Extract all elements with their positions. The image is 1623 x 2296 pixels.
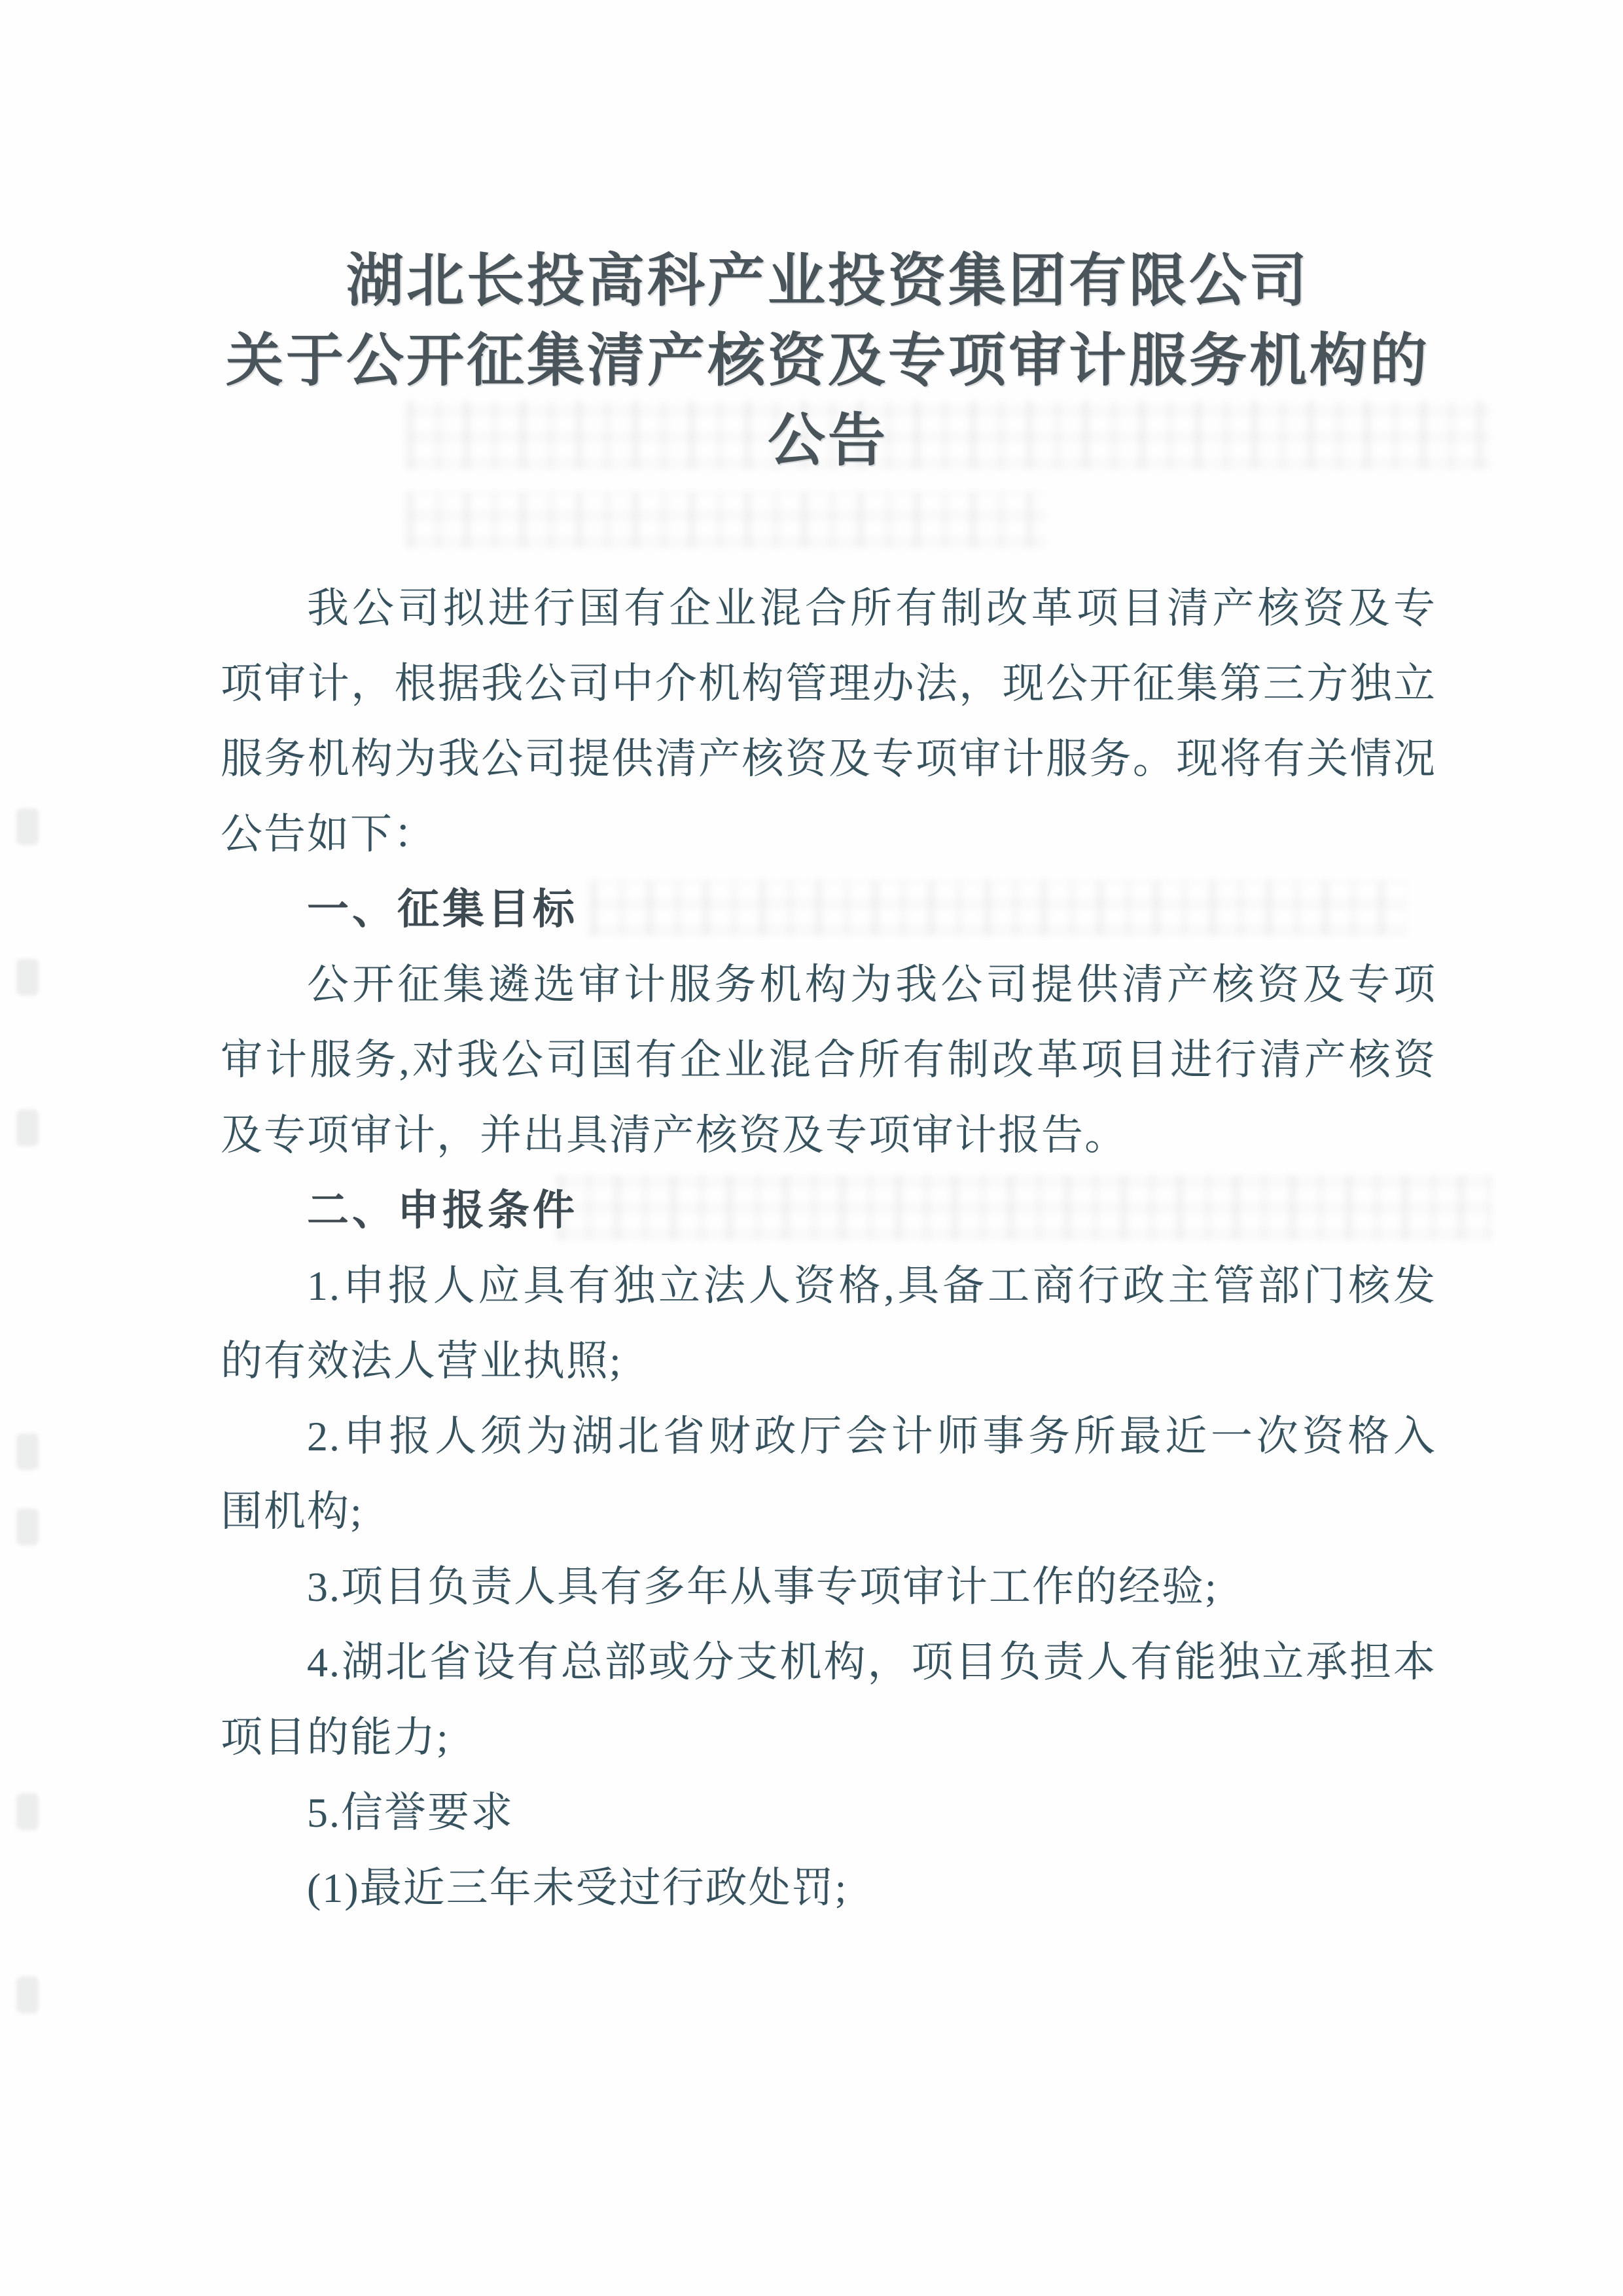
scan-edge-mark: [16, 1793, 39, 1830]
body-line: 项目的能力;: [221, 1700, 1436, 1775]
body-line-item-3: 3.项目负责人具有多年从事专项审计工作的经验;: [221, 1549, 1436, 1624]
body-line-item-1: 1.申报人应具有独立法人资格,具备工商行政主管部门核发: [221, 1248, 1436, 1323]
scanned-document-page: 湖北长投高科产业投资集团有限公司 关于公开征集清产核资及专项审计服务机构的 公告…: [0, 0, 1623, 2296]
scan-edge-mark: [16, 959, 39, 996]
title-line-2: 关于公开征集清产核资及专项审计服务机构的: [219, 321, 1436, 401]
scan-edge-mark: [16, 808, 39, 845]
body-line: 服务机构为我公司提供清产核资及专项审计服务。现将有关情况: [221, 721, 1436, 797]
body-line: 公告如下：: [221, 797, 1436, 872]
body-line: 的有效法人营业执照;: [221, 1323, 1436, 1399]
title-line-3: 公告: [219, 401, 1436, 480]
body-line: 围机构;: [221, 1474, 1436, 1549]
section-heading-2: 二、申报条件: [221, 1173, 1436, 1248]
scan-edge-mark: [16, 1109, 39, 1146]
body-line-item-4: 4.湖北省设有总部或分支机构，项目负责人有能独立承担本: [221, 1624, 1436, 1700]
scan-edge-mark: [16, 1977, 39, 2013]
scan-edge-mark: [16, 1433, 39, 1470]
section-heading-1: 一、征集目标: [221, 872, 1436, 947]
body-line: 审计服务,对我公司国有企业混合所有制改革项目进行清产核资: [221, 1022, 1436, 1098]
body-line-item-2: 2.申报人须为湖北省财政厅会计师事务所最近一次资格入: [221, 1399, 1436, 1474]
scan-bleed-artifact: [406, 492, 1047, 548]
body-line: 我公司拟进行国有企业混合所有制改革项目清产核资及专: [221, 571, 1436, 646]
body-line: 及专项审计，并出具清产核资及专项审计报告。: [221, 1098, 1436, 1173]
body-line: 公开征集遴选审计服务机构为我公司提供清产核资及专项: [221, 947, 1436, 1022]
document-body: 我公司拟进行国有企业混合所有制改革项目清产核资及专 项审计，根据我公司中介机构管…: [221, 571, 1436, 1926]
document-title: 湖北长投高科产业投资集团有限公司 关于公开征集清产核资及专项审计服务机构的 公告: [219, 241, 1436, 480]
body-line-item-5: 5.信誉要求: [221, 1775, 1436, 1850]
scan-edge-mark: [16, 1509, 39, 1545]
body-line-sub-item-1: (1)最近三年未受过行政处罚;: [221, 1850, 1436, 1926]
body-line: 项审计，根据我公司中介机构管理办法，现公开征集第三方独立: [221, 646, 1436, 721]
title-line-1: 湖北长投高科产业投资集团有限公司: [219, 241, 1436, 321]
